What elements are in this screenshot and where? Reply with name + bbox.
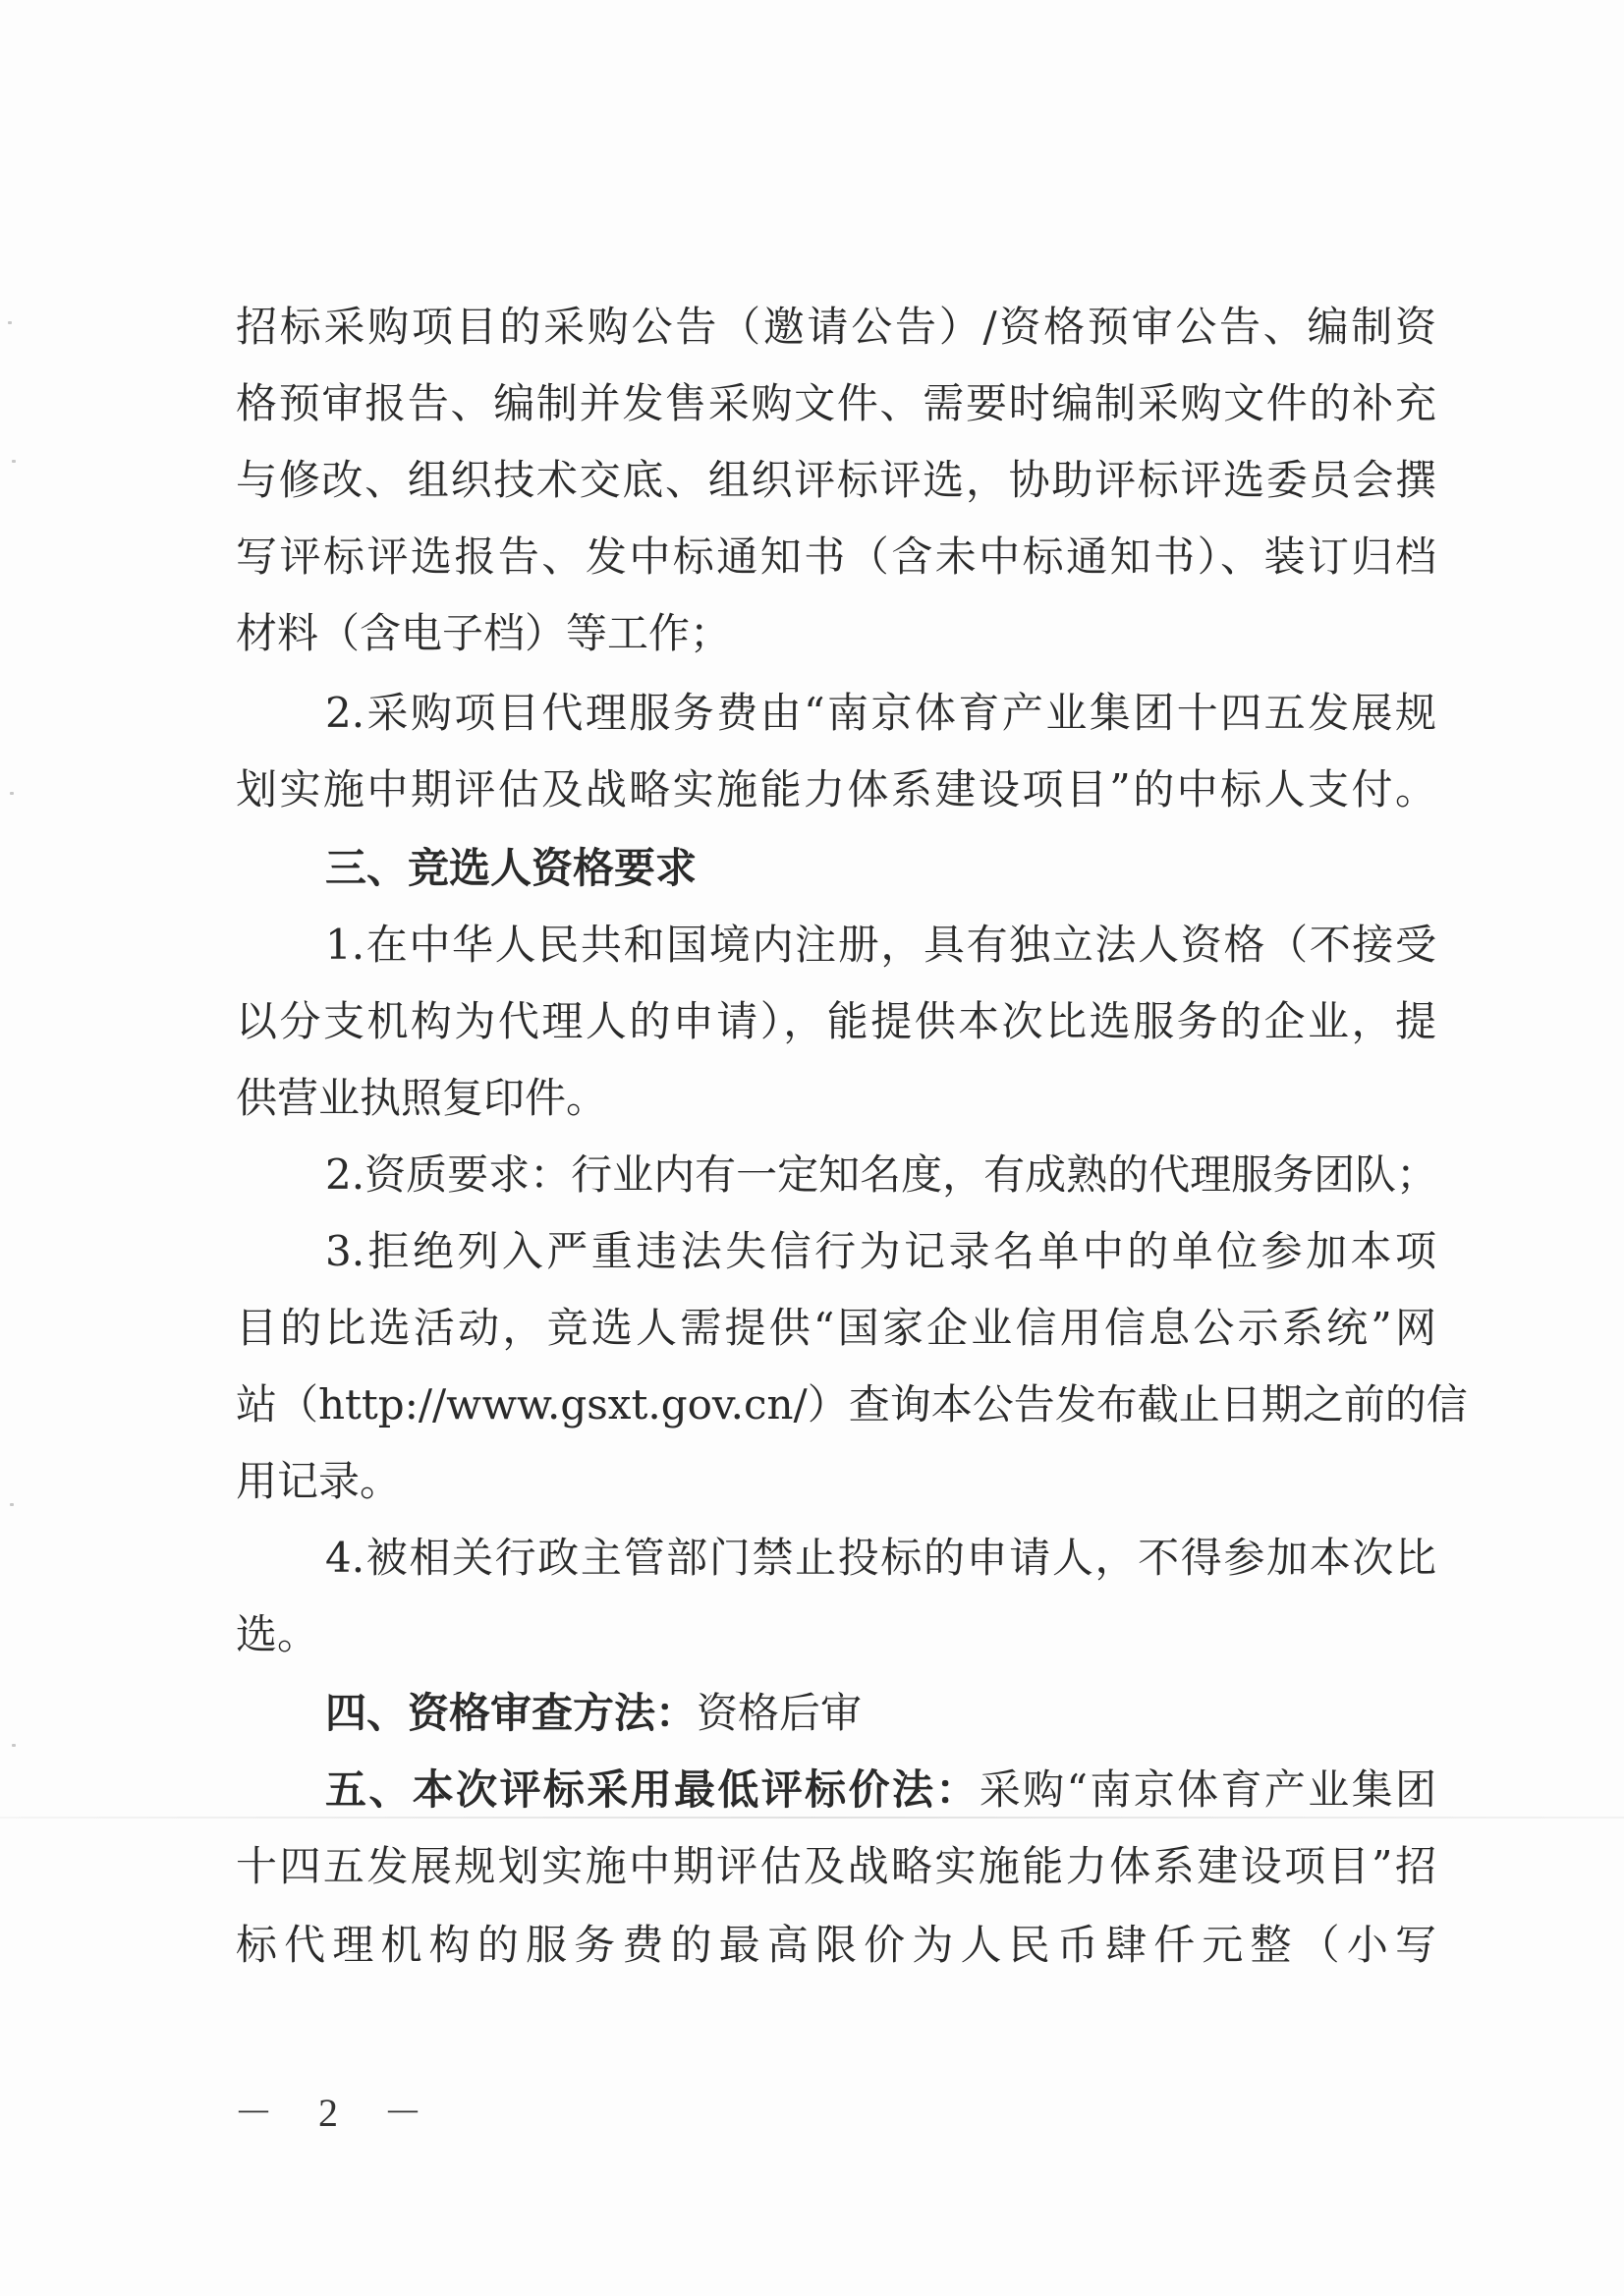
text-line: 划实施中期评估及战略实施能力体系建设项目”的中标人支付。 <box>236 760 1436 819</box>
requirement-item-3: 3.拒绝列入严重违法失信行为记录名单中的单位参加本项 <box>325 1222 1436 1281</box>
text-line: 十四五发展规划实施中期评估及战略实施能力体系建设项目”招 <box>236 1837 1436 1896</box>
requirement-item-1: 1.在中华人民共和国境内注册，具有独立法人资格（不接受 <box>325 916 1436 975</box>
text-line: 招标采购项目的采购公告（邀请公告）/资格预审公告、编制资 <box>236 298 1436 357</box>
paragraph-item-2: 2.采购项目代理服务费由“南京体育产业集团十四五发展规 <box>325 684 1436 743</box>
section-5-value: 采购“南京体育产业集团 <box>980 1765 1436 1814</box>
scan-speck <box>12 460 16 463</box>
text-line: 与修改、组织技术交底、组织评标评选，协助评标评选委员会撰 <box>236 451 1436 510</box>
text-line: 用记录。 <box>236 1452 1436 1511</box>
text-line: 供营业执照复印件。 <box>236 1069 1436 1128</box>
document-page: 招标采购项目的采购公告（邀请公告）/资格预审公告、编制资 格预审报告、编制并发售… <box>0 0 1624 2296</box>
section-5-title: 五、本次评标采用最低评标价法： <box>325 1765 980 1814</box>
text-line: 写评标评选报告、发中标通知书（含未中标通知书）、装订归档 <box>236 528 1436 587</box>
requirement-item-2: 2.资质要求：行业内有一定知名度，有成熟的代理服务团队； <box>325 1146 1436 1204</box>
scan-speck <box>8 321 12 324</box>
text-line: 目的比选活动，竞选人需提供“国家企业信用信息公示系统”网 <box>236 1299 1436 1358</box>
section-heading-5: 五、本次评标采用最低评标价法：采购“南京体育产业集团 <box>325 1761 1436 1820</box>
text-line: 格预审报告、编制并发售采购文件、需要时编制采购文件的补充 <box>236 374 1436 433</box>
requirement-item-4: 4.被相关行政主管部门禁止投标的申请人，不得参加本次比 <box>325 1529 1436 1588</box>
section-heading-4: 四、资格审查方法：资格后审 <box>325 1684 1436 1743</box>
text-line-with-url: 站（http://www.gsxt.gov.cn/）查询本公告发布截止日期之前的… <box>236 1375 1436 1434</box>
text-line: 以分支机构为代理人的申请），能提供本次比选服务的企业，提 <box>236 992 1436 1051</box>
section-heading-3: 三、竞选人资格要求 <box>325 839 1436 898</box>
text-line: 材料（含电子档）等工作； <box>236 604 1436 663</box>
section-4-title: 四、资格审查方法： <box>325 1689 697 1737</box>
scan-speck <box>12 1744 16 1747</box>
scan-speck <box>10 1503 14 1506</box>
text-line: 选。 <box>236 1605 1436 1664</box>
section-4-value: 资格后审 <box>697 1689 862 1737</box>
text-line: 标代理机构的服务费的最高限价为人民币肆仟元整（小写 <box>236 1916 1436 1975</box>
scan-speck <box>10 792 14 795</box>
page-number: － 2 － <box>234 2089 440 2138</box>
